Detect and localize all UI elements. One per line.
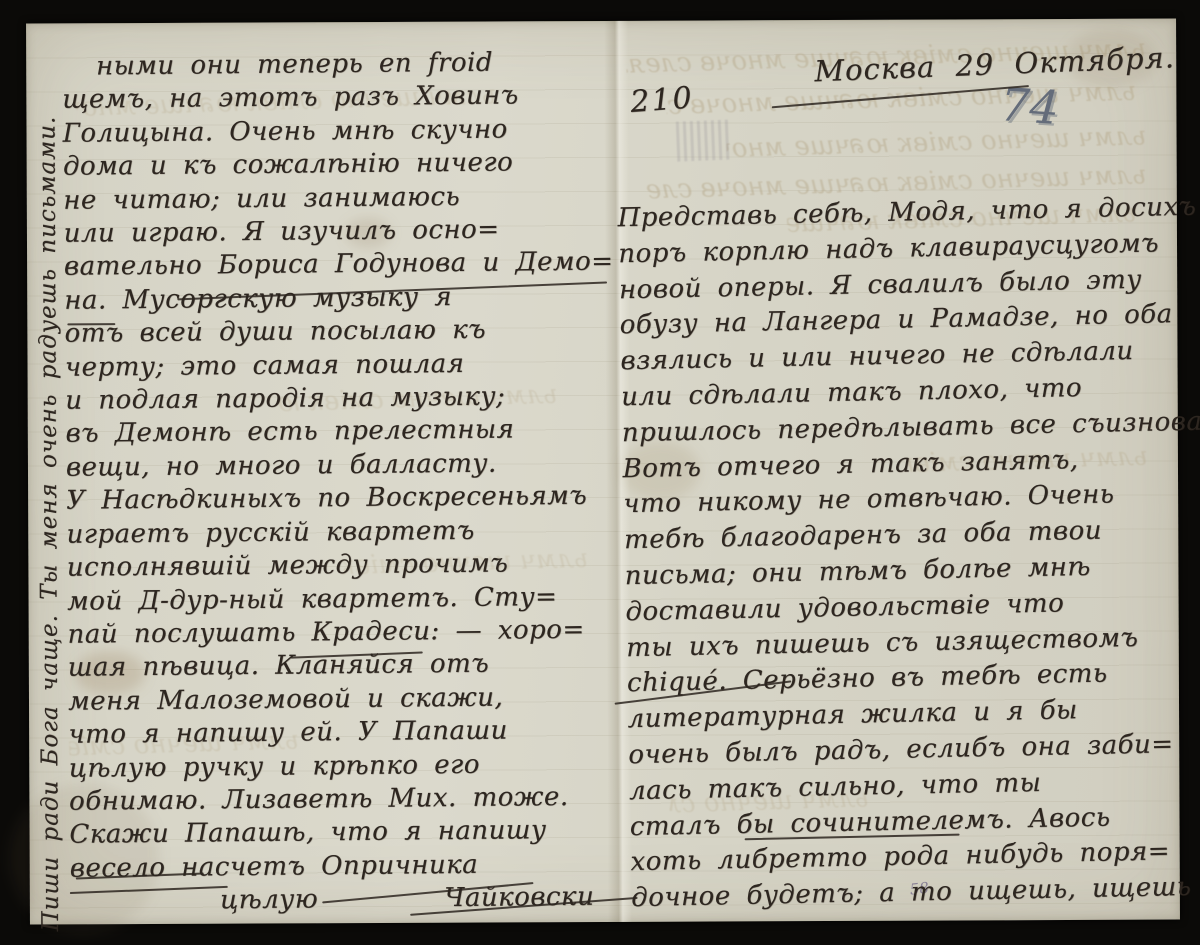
stamp-remnant	[676, 119, 734, 161]
handwriting-line: исполнявшій между прочимъ	[67, 547, 619, 586]
handwriting-line: что я напишу ей. У Папаши	[68, 714, 620, 753]
letter-scan: { "header": { "dateline": "Москва 29 Окт…	[0, 0, 1200, 945]
handwriting-line: щемъ, на этотъ разъ Ховинъ	[62, 79, 614, 118]
ink-bleedthrough: ьлмч шечно смівк юลчше мночв слеяж чvotь…	[726, 115, 1147, 169]
handwriting-line: черту; это самая пошлая	[65, 346, 617, 385]
letter-sheet: ьлмч шечно смівк юลчше мночв слеяж чvotь…	[26, 18, 1180, 924]
handwriting-line: цѣлую ручку и крѣпко его	[69, 747, 621, 786]
handwriting-line: на. Мусоргскую музыку я	[64, 279, 616, 318]
handwriting-line: ными они теперь en froid	[62, 46, 614, 85]
catalog-number: 210	[629, 80, 695, 120]
handwriting-line: отъ всей души посылаю къ	[64, 313, 616, 352]
handwriting-line: или играю. Я изучилъ осно=	[63, 213, 615, 252]
handwriting-line: пай послушать Крадеси: — хоро=	[67, 613, 619, 652]
right-page-text: Представь себѣ, Модя, что я досихъпоръ к…	[617, 190, 1183, 917]
handwriting-line: меня Малоземовой и скажи,	[68, 680, 620, 719]
handwriting-line: У Насѣдкиныхъ по Воскресеньямъ	[66, 480, 618, 519]
left-page-text: ными они теперь en froidщемъ, на этотъ р…	[62, 46, 622, 920]
handwriting-line: вательно Бориса Годунова и Демо=	[64, 246, 616, 285]
handwriting-line: шая пѣвица. Кланяйся отъ	[68, 647, 620, 686]
handwriting-line: и подлая пародія на музыку;	[65, 380, 617, 419]
handwriting-line: Голицына. Очень мнѣ скучно	[63, 112, 615, 151]
handwriting-line: вещи, но много и балласту.	[66, 446, 618, 485]
underline-moskva	[772, 85, 1029, 108]
margin-note: Пиши ради Бога чаще. Ты меня очень радуе…	[34, 53, 64, 931]
handwriting-line: играетъ русскій квартетъ	[66, 513, 618, 552]
handwriting-line: весело насчетъ Опричника	[70, 847, 622, 886]
pencil-page-number: 74	[999, 77, 1061, 135]
handwriting-line: Скажи Папашѣ, что я напишу	[69, 814, 621, 853]
handwriting-line: обнимаю. Лизаветѣ Мих. тоже.	[69, 780, 621, 819]
handwriting-line: цѣлую Чайковски	[70, 881, 622, 920]
dateline: Москва 29 Октября.	[814, 40, 1176, 88]
handwriting-line: въ Демонѣ есть прелестныя	[65, 413, 617, 452]
handwriting-line: дома и къ сожалѣнію ничего	[63, 146, 615, 185]
handwriting-line: не читаю; или занимаюсь	[63, 179, 615, 218]
handwriting-line: мой Д-дур-ный квартетъ. Сту=	[67, 580, 619, 619]
